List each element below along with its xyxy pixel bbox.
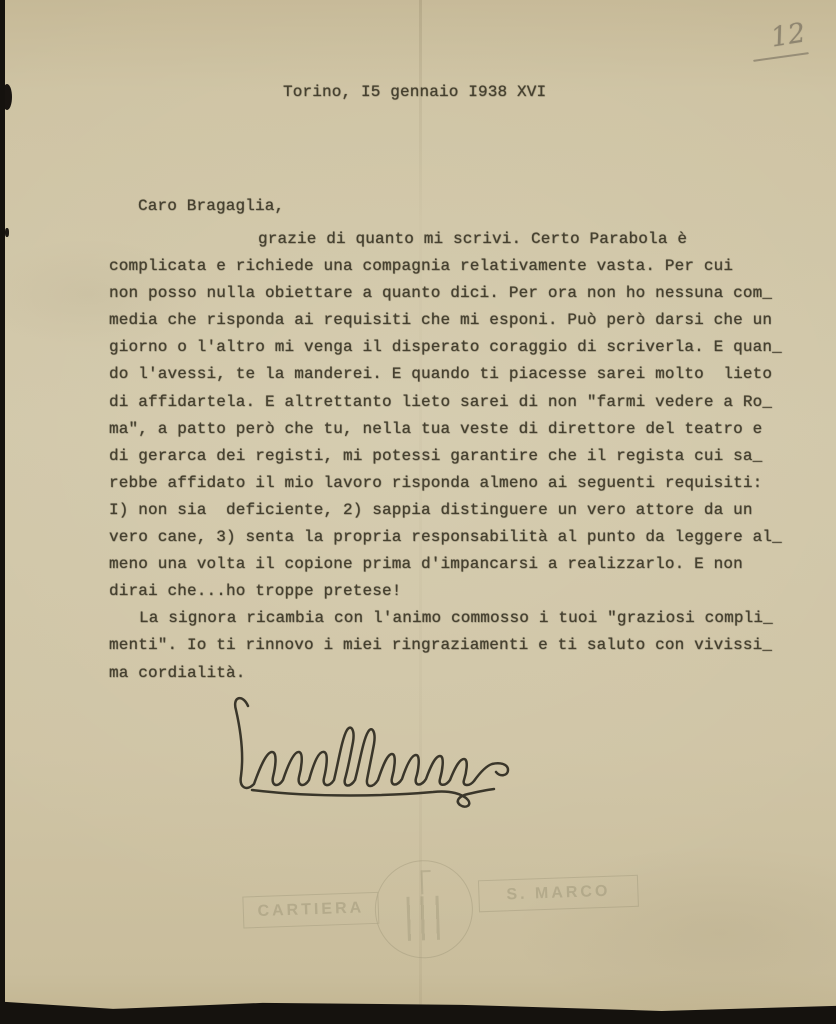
signature: [218, 692, 548, 817]
letter-line: vero cane, 3) senta la propria responsab…: [109, 524, 809, 551]
signature-underline: [252, 789, 494, 807]
watermark-left-text: CARTIERA: [257, 899, 364, 921]
letter-line: meno una volta il copione prima d'impanc…: [109, 551, 809, 578]
letter-line: di affidartela. E altrettanto lieto sare…: [109, 389, 809, 416]
watermark-tower-glyph: [406, 896, 440, 941]
letter-line: menti". Io ti rinnovo i miei ringraziame…: [109, 632, 809, 659]
salutation: Caro Bragaglia,: [138, 197, 284, 215]
letter-line: grazie di quanto mi scrivi. Certo Parabo…: [109, 226, 809, 253]
letter-line: do l'avessi, te la manderei. E quando ti…: [109, 361, 809, 388]
letter-line: ma cordialità.: [109, 660, 809, 687]
watermark-left-banner: CARTIERA: [242, 892, 379, 929]
letter-line: complicata e richiede una compagnia rela…: [109, 253, 809, 280]
page-number-annotation: 12: [769, 18, 808, 54]
letter-paper: CARTIERA S. MARCO 12 Torino, I5 gennaio …: [5, 0, 836, 1014]
page-number-underline: [753, 52, 809, 62]
paper-edge-nick: [5, 228, 9, 237]
letter-line: non posso nulla obiettare a quanto dici.…: [109, 280, 809, 307]
papermaker-watermark: CARTIERA S. MARCO: [189, 848, 673, 977]
letter-line: I) non sia deficiente, 2) sappia disting…: [109, 497, 809, 524]
watermark-cross-glyph: [421, 870, 432, 894]
paper-edge-notch: [2, 84, 12, 110]
letter-body: grazie di quanto mi scrivi. Certo Parabo…: [109, 226, 809, 687]
dateline: Torino, I5 gennaio I938 XVI: [283, 83, 546, 101]
letter-line: La signora ricambia con l'animo commosso…: [109, 605, 809, 632]
letter-line: ma", a patto però che tu, nella tua vest…: [109, 416, 809, 443]
letter-line: giorno o l'altro mi venga il disperato c…: [109, 334, 809, 361]
letter-line: rebbe affidato il mio lavoro risponda al…: [109, 470, 809, 497]
letter-line: media che risponda ai requisiti che mi e…: [109, 307, 809, 334]
signature-scribble: [235, 698, 508, 788]
watermark-right-text: S. MARCO: [506, 883, 611, 905]
letter-line: dirai che...ho troppe pretese!: [109, 578, 809, 605]
letter-line: di gerarca dei registi, mi potessi garan…: [109, 443, 809, 470]
watermark-right-banner: S. MARCO: [478, 875, 639, 913]
